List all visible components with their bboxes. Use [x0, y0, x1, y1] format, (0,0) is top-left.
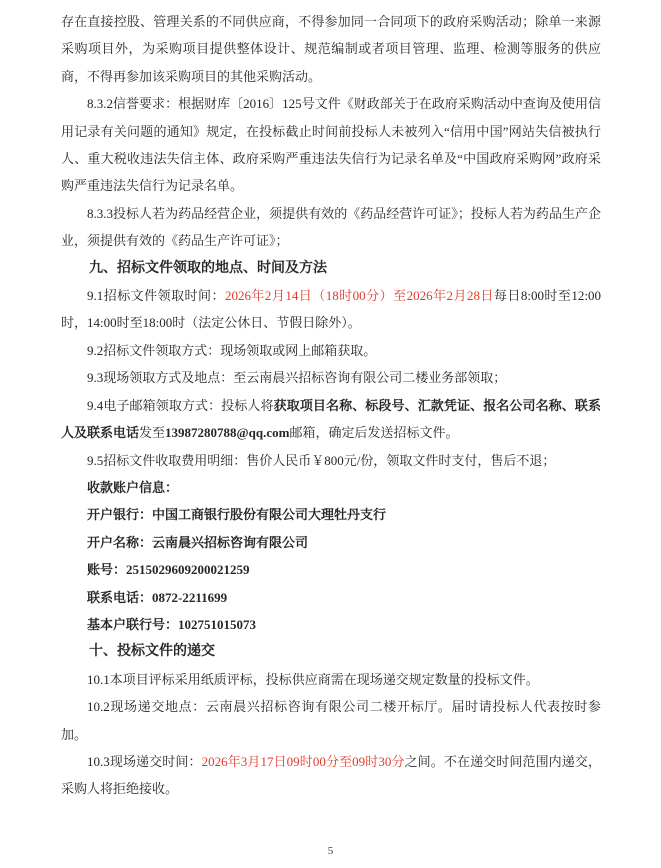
paragraph-account-name: 开户名称：云南晨兴招标咨询有限公司 [61, 529, 601, 556]
paragraph-9-2: 9.2招标文件领取方式：现场领取或网上邮箱获取。 [61, 337, 601, 364]
text-run: 10.2现场递交地点：云南晨兴招标咨询有限公司二楼开标厅。届时请投标人代表按时参… [61, 699, 601, 741]
section-heading-9: 九、招标文件领取的地点、时间及方法 [61, 255, 601, 282]
text-run: 9.1招标文件领取时间： [87, 288, 225, 303]
text-run-red-date: 2026年2月14日（18时00分）至2026年2月28日 [225, 288, 494, 303]
text-run-bold: 收款账户信息： [87, 480, 178, 495]
text-run: 邮箱，确定后发送招标文件。 [289, 425, 458, 440]
text-run-bold: 开户银行：中国工商银行股份有限公司大理牡丹支行 [87, 507, 386, 522]
section-heading-10: 十、投标文件的递交 [61, 638, 601, 665]
page-content: 存在直接控股、管理关系的不同供应商，不得参加同一合同项下的政府采购活动；除单一来… [61, 8, 601, 803]
paragraph-8-3-2: 8.3.2信誉要求：根据财库〔2016〕125号文件《财政部关于在政府采购活动中… [61, 90, 601, 200]
text-run-red-date: 2026年3月17日09时00分至09时30分 [202, 754, 405, 769]
heading-text: 十、投标文件的递交 [89, 644, 215, 659]
paragraph-account-info-title: 收款账户信息： [61, 474, 601, 501]
text-run: 存在直接控股、管理关系的不同供应商，不得参加同一合同项下的政府采购活动；除单一来… [61, 14, 601, 84]
paragraph-bank-name: 开户银行：中国工商银行股份有限公司大理牡丹支行 [61, 501, 601, 528]
text-run: 9.5招标文件收取费用明细：售价人民币￥800元/份，领取文件时支付，售后不退； [87, 453, 555, 468]
text-run-bold: 账号：2515029609200021259 [87, 562, 250, 577]
paragraph-10-2: 10.2现场递交地点：云南晨兴招标咨询有限公司二楼开标厅。届时请投标人代表按时参… [61, 693, 601, 748]
paragraph-10-1: 10.1本项目评标采用纸质评标，投标供应商需在现场递交规定数量的投标文件。 [61, 666, 601, 693]
paragraph-account-number: 账号：2515029609200021259 [61, 556, 601, 583]
text-run-bold: 联系电话：0872-2211699 [87, 590, 227, 605]
text-run-bold-email: 13987280788@qq.com [165, 425, 289, 440]
text-run-bold: 开户名称：云南晨兴招标咨询有限公司 [87, 535, 308, 550]
text-run: 10.3现场递交时间： [87, 754, 202, 769]
paragraph-9-4: 9.4电子邮箱领取方式：投标人将获取项目名称、标段号、汇款凭证、报名公司名称、联… [61, 392, 601, 447]
paragraph-9-3: 9.3现场领取方式及地点：至云南晨兴招标咨询有限公司二楼业务部领取； [61, 364, 601, 391]
paragraph-9-5: 9.5招标文件收取费用明细：售价人民币￥800元/份，领取文件时支付，售后不退； [61, 447, 601, 474]
text-run-bold: 基本户联行号：102751015073 [87, 617, 256, 632]
paragraph-9-1: 9.1招标文件领取时间：2026年2月14日（18时00分）至2026年2月28… [61, 282, 601, 337]
text-run: 发至 [139, 425, 165, 440]
heading-text: 九、招标文件领取的地点、时间及方法 [89, 261, 327, 276]
text-run: 9.4电子邮箱领取方式：投标人将 [87, 398, 274, 413]
paragraph-8-3-3: 8.3.3投标人若为药品经营企业，须提供有效的《药品经营许可证》；投标人若为药品… [61, 200, 601, 255]
text-run: 10.1本项目评标采用纸质评标，投标供应商需在现场递交规定数量的投标文件。 [87, 672, 539, 687]
text-run: 8.3.2信誉要求：根据财库〔2016〕125号文件《财政部关于在政府采购活动中… [61, 96, 601, 193]
paragraph-bank-branch-code: 基本户联行号：102751015073 [61, 611, 601, 638]
document-page: 存在直接控股、管理关系的不同供应商，不得参加同一合同项下的政府采购活动；除单一来… [0, 0, 661, 868]
paragraph-10-3: 10.3现场递交时间：2026年3月17日09时00分至09时30分之间。不在递… [61, 748, 601, 803]
text-run: 9.2招标文件领取方式：现场领取或网上邮箱获取。 [87, 343, 376, 358]
page-number: 5 [0, 845, 661, 857]
text-run: 9.3现场领取方式及地点：至云南晨兴招标咨询有限公司二楼业务部领取； [87, 370, 506, 385]
paragraph-contact-phone: 联系电话：0872-2211699 [61, 584, 601, 611]
text-run: 8.3.3投标人若为药品经营企业，须提供有效的《药品经营许可证》；投标人若为药品… [61, 206, 601, 248]
paragraph-continuation: 存在直接控股、管理关系的不同供应商，不得参加同一合同项下的政府采购活动；除单一来… [61, 8, 601, 90]
